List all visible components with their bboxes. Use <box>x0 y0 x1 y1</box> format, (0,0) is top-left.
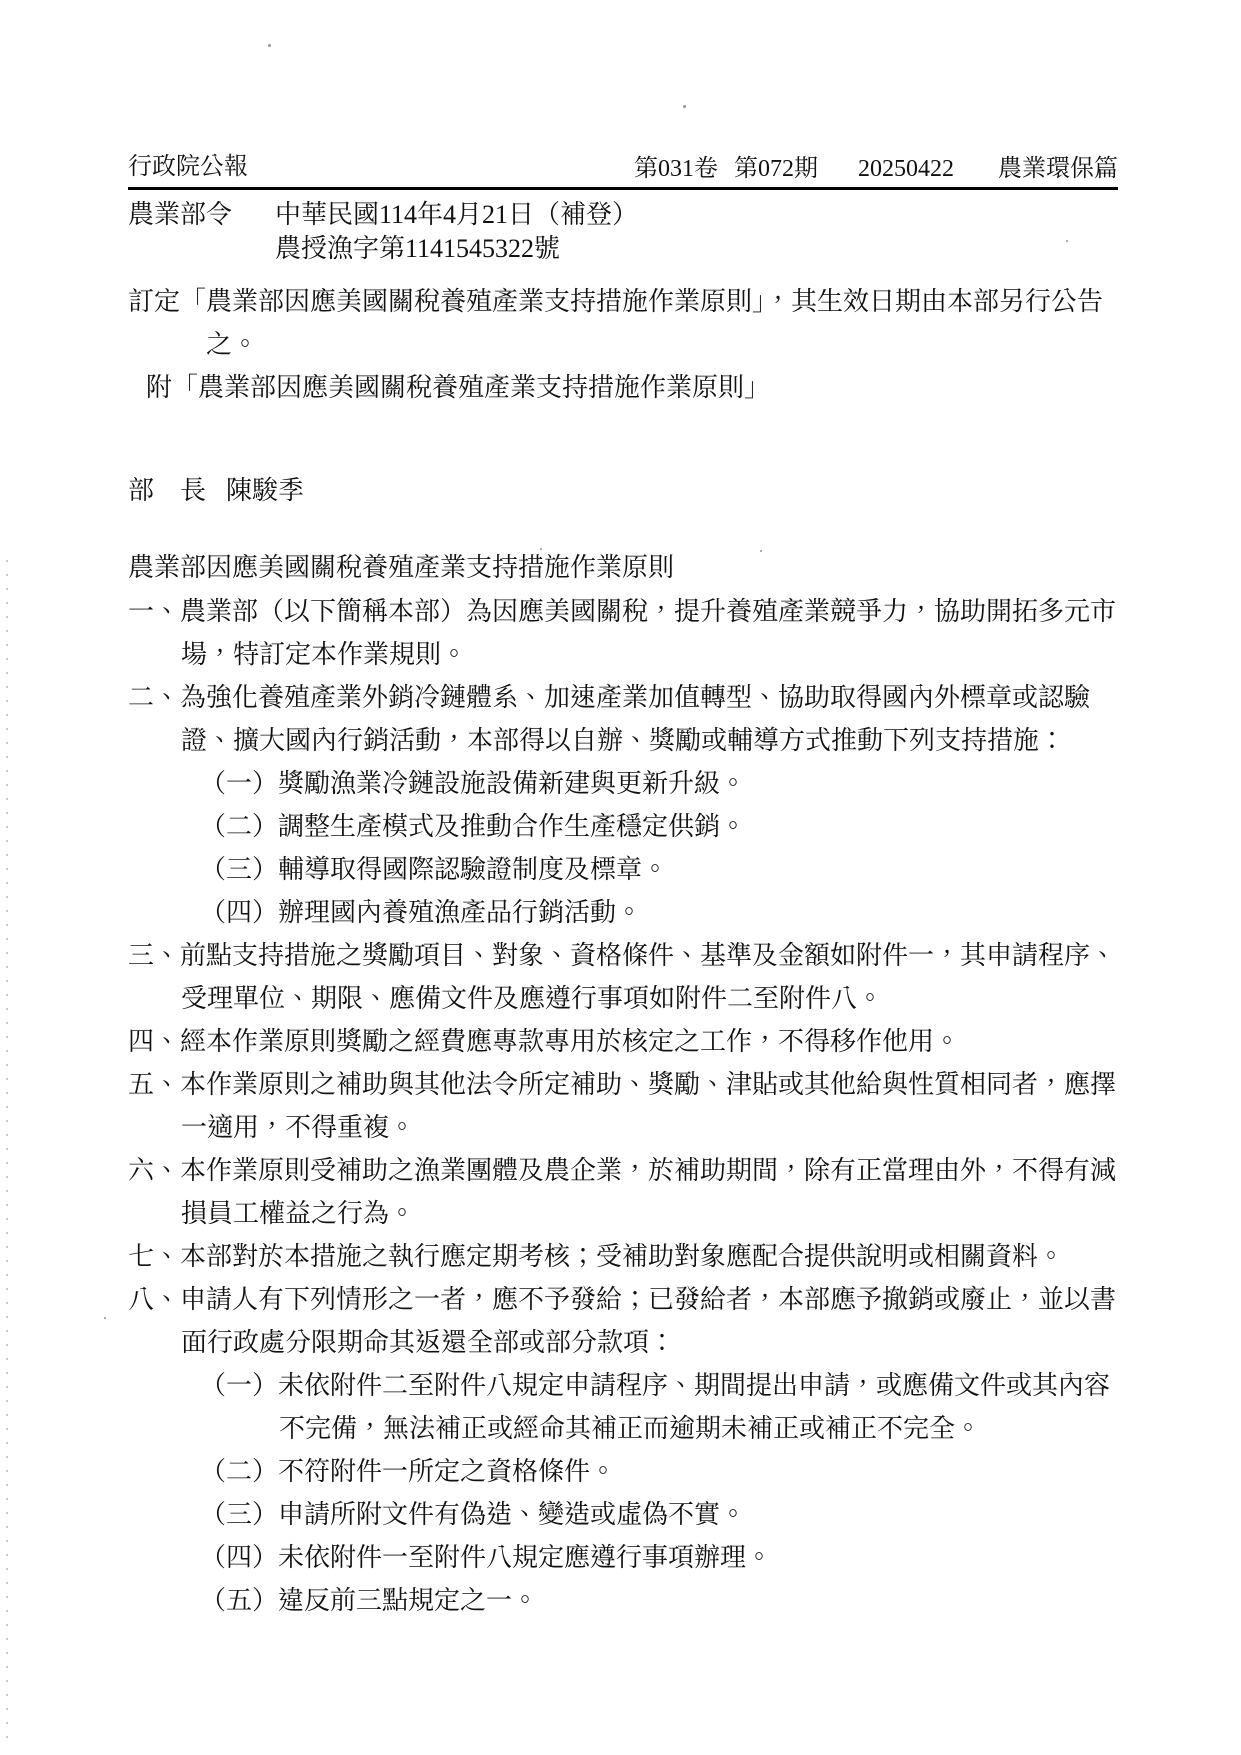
regulation-items: 一、農業部（以下簡稱本部）為因應美國關稅，提升養殖產業競爭力，協助開拓多元市場，… <box>128 590 1118 1622</box>
announcement-line-2: 之。 <box>128 323 1118 366</box>
regulation-item-5: 五、本作業原則之補助與其他法令所定補助、獎勵、津貼或其他給與性質相同者，應擇一適… <box>128 1063 1118 1149</box>
item-number: 七、 <box>128 1242 180 1271</box>
subitem-text: 未依附件二至附件八規定申請程序、期間提出申請，或應備文件或其內容不完備，無法補正… <box>278 1371 1110 1443</box>
regulation-item-1: 一、農業部（以下簡稱本部）為因應美國關稅，提升養殖產業競爭力，協助開拓多元市場，… <box>128 590 1118 676</box>
item-number: 五、 <box>128 1070 180 1099</box>
gazette-name: 行政院公報 <box>128 152 248 189</box>
regulation-item-2: 二、為強化養殖產業外銷冷鏈體系、加速產業加值轉型、協助取得國內外標章或認驗證、擴… <box>128 676 1118 762</box>
date-label: 20250422 <box>858 154 954 184</box>
regulation-item-2-sub-3: （三）輔導取得國際認驗證制度及標章。 <box>200 848 1118 891</box>
scan-edge-artifact <box>6 560 8 1745</box>
regulation-item-4: 四、經本作業原則獎勵之經費應專款專用於核定之工作，不得移作他用。 <box>128 1020 1118 1063</box>
order-heading: 農業部令 中華民國114年4月21日（補登） 農授漁字第1141545322號 <box>128 198 1118 266</box>
subitem-text: 未依附件一至附件八規定應遵行事項辦理。 <box>278 1543 772 1572</box>
item-text: 經本作業原則獎勵之經費應專款專用於核定之工作，不得移作他用。 <box>180 1027 960 1056</box>
announcement-line-1: 訂定「農業部因應美國關稅養殖產業支持措施作業原則」，其生效日期由本部另行公告 <box>128 280 1118 323</box>
subitem-text: 輔導取得國際認驗證制度及標章。 <box>278 855 668 884</box>
subitem-text: 辦理國內養殖漁產品行銷活動。 <box>278 898 642 927</box>
subitem-number: （四） <box>200 1543 278 1572</box>
order-meta: 中華民國114年4月21日（補登） 農授漁字第1141545322號 <box>275 198 1118 266</box>
order-doc-number: 農授漁字第1141545322號 <box>275 232 1118 266</box>
signer-title: 部 長 <box>128 476 206 505</box>
item-text: 為強化養殖產業外銷冷鏈體系、加速產業加值轉型、協助取得國內外標章或認驗證、擴大國… <box>180 683 1090 755</box>
item-number: 六、 <box>128 1156 180 1185</box>
subitem-text: 獎勵漁業冷鏈設施設備新建與更新升級。 <box>278 769 746 798</box>
subitem-text: 申請所附文件有偽造、變造或虛偽不實。 <box>278 1500 746 1529</box>
scan-speck <box>104 1317 106 1319</box>
subitem-text: 調整生產模式及推動合作生產穩定供銷。 <box>278 812 746 841</box>
subitem-text: 不符附件一所定之資格條件。 <box>278 1457 616 1486</box>
item-text: 本作業原則受補助之漁業團體及農企業，於補助期間，除有正當理由外，不得有減損員工權… <box>180 1156 1116 1228</box>
announcement-paragraph: 訂定「農業部因應美國關稅養殖產業支持措施作業原則」，其生效日期由本部另行公告 之… <box>128 280 1118 409</box>
item-text: 本作業原則之補助與其他法令所定補助、獎勵、津貼或其他給與性質相同者，應擇一適用，… <box>180 1070 1116 1142</box>
section-label: 農業環保篇 <box>998 154 1118 184</box>
item-number: 四、 <box>128 1027 180 1056</box>
issue-label: 第072期 <box>734 154 818 184</box>
regulation-item-8-sub-4: （四）未依附件一至附件八規定應遵行事項辦理。 <box>200 1536 1118 1579</box>
signer-name: 陳駿季 <box>226 476 304 505</box>
scan-speck <box>683 105 686 108</box>
subitem-text: 違反前三點規定之一。 <box>278 1586 538 1615</box>
regulation-item-8-sub-3: （三）申請所附文件有偽造、變造或虛偽不實。 <box>200 1493 1118 1536</box>
regulation-item-2-sub-1: （一）獎勵漁業冷鏈設施設備新建與更新升級。 <box>200 762 1118 805</box>
item-number: 二、 <box>128 683 180 712</box>
subitem-number: （一） <box>200 1371 278 1400</box>
subitem-number: （二） <box>200 812 278 841</box>
order-date-line: 中華民國114年4月21日（補登） <box>275 198 1118 232</box>
subitem-number: （四） <box>200 898 278 927</box>
regulation-item-8: 八、申請人有下列情形之一者，應不予發給；已發給者，本部應予撤銷或廢止，並以書面行… <box>128 1278 1118 1364</box>
item-text: 農業部（以下簡稱本部）為因應美國關稅，提升養殖產業競爭力，協助開拓多元市場，特訂… <box>180 597 1116 669</box>
subitem-number: （五） <box>200 1586 278 1615</box>
attachment-line: 附「農業部因應美國關稅養殖產業支持措施作業原則」 <box>128 366 1118 409</box>
signer-line: 部 長陳駿季 <box>128 469 1118 512</box>
item-text: 申請人有下列情形之一者，應不予發給；已發給者，本部應予撤銷或廢止，並以書面行政處… <box>180 1285 1116 1357</box>
regulation-item-3: 三、前點支持措施之獎勵項目、對象、資格條件、基準及金額如附件一，其申請程序、受理… <box>128 934 1118 1020</box>
regulation-item-2-sub-4: （四）辦理國內養殖漁產品行銷活動。 <box>200 891 1118 934</box>
item-number: 三、 <box>128 941 180 970</box>
header-meta: 第031卷 第072期 20250422 農業環保篇 <box>634 154 1118 184</box>
agency-label: 農業部令 <box>128 198 275 266</box>
item-number: 一、 <box>128 597 180 626</box>
regulation-title: 農業部因應美國關稅養殖產業支持措施作業原則 <box>128 546 1118 589</box>
item-number: 八、 <box>128 1285 180 1314</box>
gazette-page: 行政院公報 第031卷 第072期 20250422 農業環保篇 農業部令 中華… <box>128 152 1118 1622</box>
item-text: 本部對於本措施之執行應定期考核；受補助對象應配合提供說明或相關資料。 <box>180 1242 1064 1271</box>
regulation-item-2-sub-2: （二）調整生產模式及推動合作生產穩定供銷。 <box>200 805 1118 848</box>
regulation-item-8-sub-5: （五）違反前三點規定之一。 <box>200 1579 1118 1622</box>
page-header: 行政院公報 第031卷 第072期 20250422 農業環保篇 <box>128 152 1118 190</box>
subitem-number: （三） <box>200 1500 278 1529</box>
subitem-number: （三） <box>200 855 278 884</box>
volume-label: 第031卷 <box>634 154 718 184</box>
scan-speck <box>268 44 271 47</box>
subitem-number: （一） <box>200 769 278 798</box>
subitem-number: （二） <box>200 1457 278 1486</box>
regulation-item-7: 七、本部對於本措施之執行應定期考核；受補助對象應配合提供說明或相關資料。 <box>128 1235 1118 1278</box>
item-text: 前點支持措施之獎勵項目、對象、資格條件、基準及金額如附件一，其申請程序、受理單位… <box>180 941 1116 1013</box>
regulation-item-6: 六、本作業原則受補助之漁業團體及農企業，於補助期間，除有正當理由外，不得有減損員… <box>128 1149 1118 1235</box>
regulation-item-8-sub-2: （二）不符附件一所定之資格條件。 <box>200 1450 1118 1493</box>
regulation-item-8-sub-1: （一）未依附件二至附件八規定申請程序、期間提出申請，或應備文件或其內容不完備，無… <box>200 1364 1118 1450</box>
